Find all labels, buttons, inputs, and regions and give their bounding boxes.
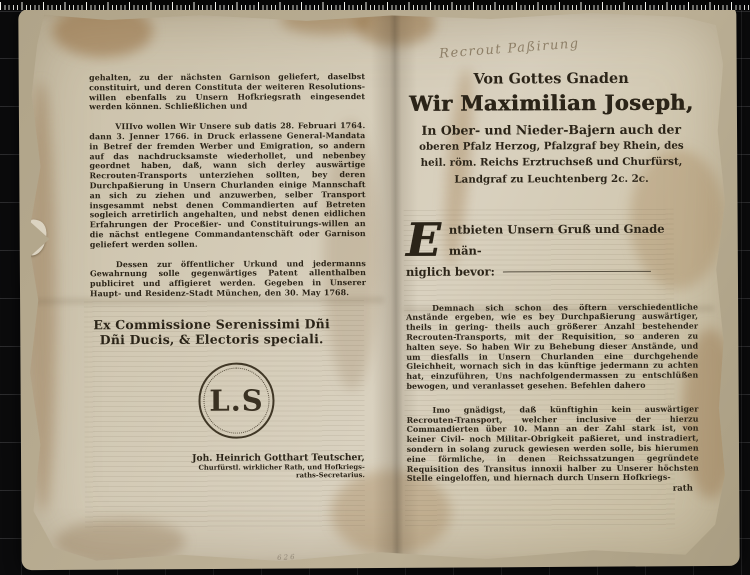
salutation-rule xyxy=(503,271,651,273)
ornamental-initial: E xyxy=(406,221,441,259)
commission-formula: Ex Commissione Serenissimi Dñi Dñi Ducis… xyxy=(90,316,333,347)
commission-line: Ex Commissione Serenissimi Dñi xyxy=(90,316,333,332)
handwritten-note: Recrout Paßirung xyxy=(439,28,697,62)
heading-line: Landgraf zu Leuchtenberg 2c. 2c. xyxy=(406,172,698,187)
seal-locus-sigilli: L.S xyxy=(198,362,274,438)
paragraph: Dessen zur öffentlicher Urkund und jeder… xyxy=(90,259,366,299)
heading-line: In Ober- und Nieder-Bajern auch der xyxy=(405,122,697,138)
paragraph: Imo gnädigst, daß künftighin kein auswär… xyxy=(407,404,699,484)
heading-line: heil. röm. Reichs Erztruchseß und Churfü… xyxy=(405,156,697,171)
catchword: rath xyxy=(407,484,699,495)
paragraph: Demnach sich schon des öftern verschiede… xyxy=(406,302,698,391)
ruler-top: 2 3 4 5 6 7 8 9 10 11 12 13 14 15 16 17 … xyxy=(0,0,750,10)
heading-line: oberen Pfalz Herzog, Pfalzgraf bey Rhein… xyxy=(405,140,697,155)
page-left: gehalten, zu der nächsten Garnison gelie… xyxy=(89,72,367,481)
signature-block: Joh. Heinrich Gotthart Teutscher, Churfü… xyxy=(91,452,367,481)
signature-title: raths-Secretarius. xyxy=(91,471,365,481)
ruler-major-ticks xyxy=(0,2,750,10)
page-right: Recrout Paßirung Von Gottes Gnaden Wir M… xyxy=(405,37,699,495)
heading-line: Von Gottes Gnaden xyxy=(405,70,697,88)
heading-line: Wir Maximilian Joseph, xyxy=(405,90,697,116)
salutation-line: niglich bevor: xyxy=(406,264,495,278)
salutation-text: ntbieten Unsern Gruß und Gnade män- nigl… xyxy=(406,222,665,279)
document-spread: gehalten, zu der nächsten Garnison gelie… xyxy=(23,8,735,566)
photo-backdrop: 2 3 4 5 6 7 8 9 10 11 12 13 14 15 16 17 … xyxy=(0,0,750,575)
seal-text: L.S xyxy=(209,383,264,417)
salutation-line: ntbieten Unsern Gruß und Gnade män- xyxy=(449,222,665,258)
salutation: E ntbieten Unsern Gruß und Gnade män- ni… xyxy=(406,218,698,282)
paragraph: VIIIvo wollen Wir Unsere sub datis 28. F… xyxy=(89,121,366,250)
paragraph: gehalten, zu der nächsten Garnison gelie… xyxy=(89,72,365,112)
signature-name: Joh. Heinrich Gotthart Teutscher, xyxy=(91,452,365,464)
commission-line: Dñi Ducis, & Electoris speciali. xyxy=(90,331,333,347)
